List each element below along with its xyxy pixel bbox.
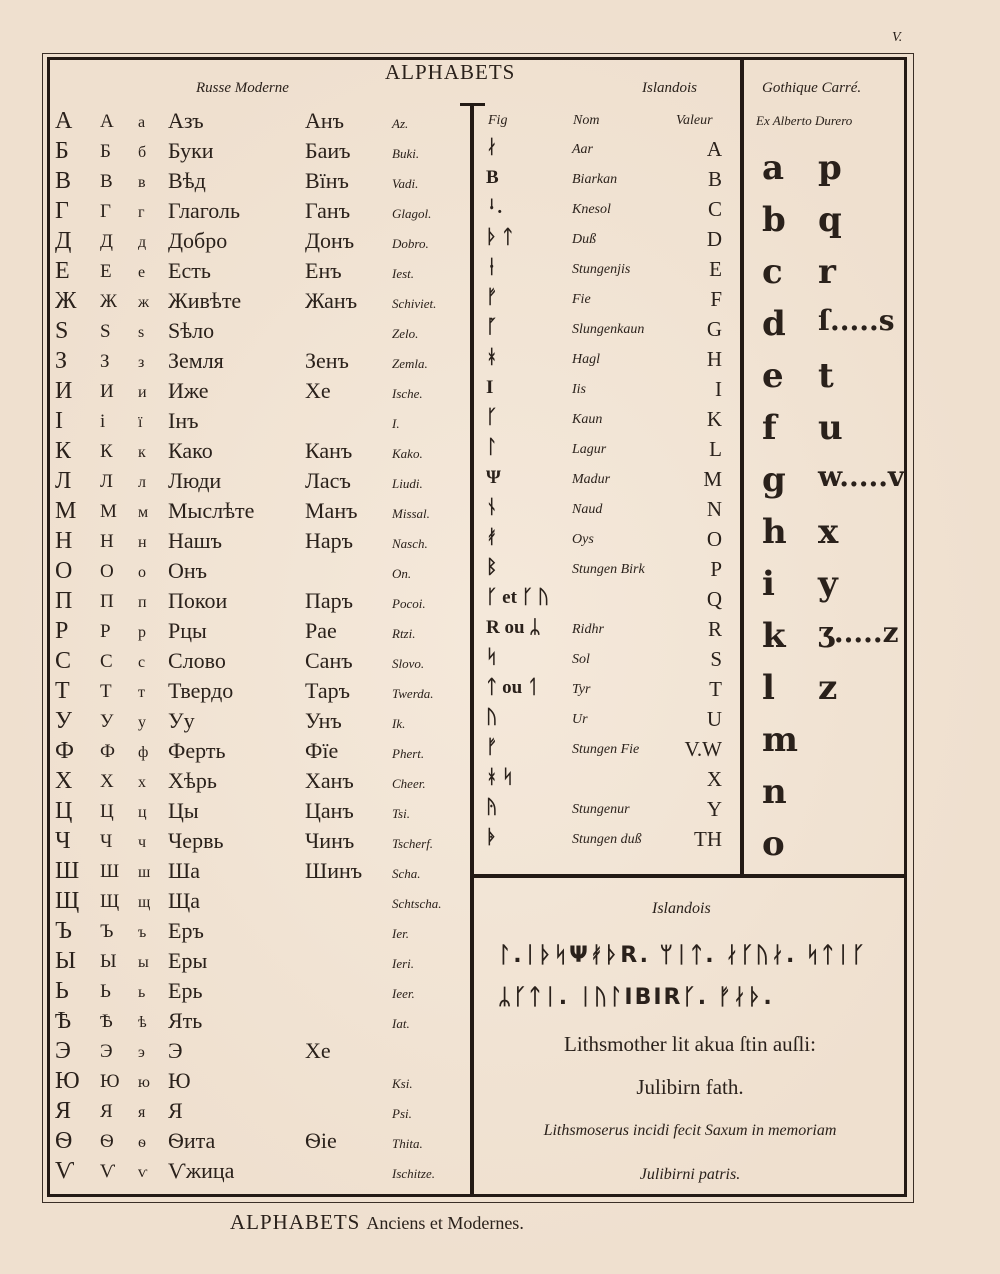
small-letter: ж bbox=[138, 294, 149, 312]
letter-name: Слово bbox=[168, 648, 226, 674]
letter-name: Ща bbox=[168, 888, 200, 914]
rune-figure: ᚢ bbox=[486, 707, 497, 729]
transliteration: Ieer. bbox=[392, 986, 415, 1002]
small-letter: к bbox=[138, 444, 146, 462]
rune-value: V.W bbox=[684, 737, 722, 762]
letter-name: Я bbox=[168, 1098, 183, 1124]
small-letter: у bbox=[138, 714, 146, 732]
russe-row: ЩЩщЩаSchtscha. bbox=[55, 888, 455, 918]
rune-name: Oys bbox=[572, 532, 594, 548]
letter-name: Есть bbox=[168, 258, 211, 284]
gothic-letter: d bbox=[762, 304, 786, 344]
gothic-letter: u bbox=[818, 408, 843, 448]
letter-name: Ерь bbox=[168, 978, 202, 1004]
letter-alt-name: Анъ bbox=[305, 108, 344, 134]
islandois-row: ᚴKaunK bbox=[486, 407, 736, 437]
transliteration: Thita. bbox=[392, 1136, 423, 1152]
islandois-row: ᚠStungen FieV.W bbox=[486, 737, 736, 767]
gothic-letter: e bbox=[762, 356, 784, 396]
small-letter: щ bbox=[138, 894, 150, 912]
rune-name: Fie bbox=[572, 292, 591, 308]
rune-figure: ᚠ bbox=[486, 287, 497, 309]
islandois-row: R ou ᛦRidhrR bbox=[486, 617, 736, 647]
rune-name: Stungen Fie bbox=[572, 742, 639, 758]
capital-letter: Ѳ bbox=[55, 1128, 72, 1155]
islandois-row: ᚵSlungenkaunG bbox=[486, 317, 736, 347]
medium-letter: Б bbox=[100, 141, 111, 163]
medium-letter: Ы bbox=[100, 951, 117, 973]
islandois-row: ᛒStungen BirkP bbox=[486, 557, 736, 587]
letter-name: Нашъ bbox=[168, 528, 222, 554]
rune-value: Y bbox=[707, 797, 722, 822]
russe-row: ИИиИжеХеIsche. bbox=[55, 378, 455, 408]
russe-row: УУуУуУнъIk. bbox=[55, 708, 455, 738]
russe-row: РРрРцыРаеRtzi. bbox=[55, 618, 455, 648]
rune-value: E bbox=[709, 257, 722, 282]
medium-letter: Р bbox=[100, 621, 111, 643]
letter-alt-name: Ганъ bbox=[305, 198, 350, 224]
gothic-letter: t bbox=[818, 356, 834, 396]
rune-name: Madur bbox=[572, 472, 610, 488]
transliteration: Ischitze. bbox=[392, 1166, 435, 1182]
small-letter: р bbox=[138, 624, 146, 642]
gothique-subheading: Ex Alberto Durero bbox=[756, 113, 852, 129]
transliteration: Zelo. bbox=[392, 326, 418, 342]
inscription-latin-2: Julibirn fath. bbox=[480, 1075, 900, 1100]
russe-row: ВВвВѣдВїнъVadi. bbox=[55, 168, 455, 198]
letter-alt-name: Ѳіе bbox=[305, 1128, 337, 1154]
medium-letter: Ж bbox=[100, 291, 117, 313]
rune-value: Q bbox=[707, 587, 722, 612]
rune-name: Kaun bbox=[572, 412, 602, 428]
rune-name: Sol bbox=[572, 652, 590, 668]
letter-name: Хѣрь bbox=[168, 768, 217, 794]
islandois-row: ᚽStungenjisE bbox=[486, 257, 736, 287]
small-letter: ы bbox=[138, 954, 149, 972]
rune-name: Stungen duß bbox=[572, 832, 642, 848]
russe-heading: Russe Moderne bbox=[196, 80, 289, 97]
gothic-letter: o bbox=[762, 824, 785, 864]
capital-letter: С bbox=[55, 648, 71, 675]
rune-value: D bbox=[707, 227, 722, 252]
divider-cap bbox=[460, 103, 485, 106]
rune-value: H bbox=[707, 347, 722, 372]
letter-name: Цы bbox=[168, 798, 199, 824]
transliteration: Ieri. bbox=[392, 956, 414, 972]
capital-letter: З bbox=[55, 348, 67, 375]
islandois-row: ᛋSolS bbox=[486, 647, 736, 677]
medium-letter: Д bbox=[100, 231, 113, 253]
medium-letter: Х bbox=[100, 771, 114, 793]
transliteration: Tsi. bbox=[392, 806, 410, 822]
letter-name: Буки bbox=[168, 138, 214, 164]
letter-name: Ѳита bbox=[168, 1128, 215, 1154]
transliteration: Iest. bbox=[392, 266, 414, 282]
medium-letter: Е bbox=[100, 261, 112, 283]
rune-figure: Ψ bbox=[486, 467, 501, 489]
islandois-header-valeur: Valeur bbox=[676, 113, 713, 129]
small-letter: е bbox=[138, 264, 145, 282]
rune-figure: B bbox=[486, 167, 499, 189]
rune-name: Hagl bbox=[572, 352, 600, 368]
transliteration: Pocoi. bbox=[392, 596, 426, 612]
capital-letter: И bbox=[55, 378, 72, 405]
islandois-row: ΨMadurM bbox=[486, 467, 736, 497]
capital-letter: Л bbox=[55, 468, 71, 495]
russe-row: ѴѴѵѴжицаIschitze. bbox=[55, 1158, 455, 1188]
letter-name: Мыслѣте bbox=[168, 498, 254, 524]
rune-value: F bbox=[710, 287, 722, 312]
russe-row: ЛЛлЛюдиЛасъLiudi. bbox=[55, 468, 455, 498]
plate-title: ALPHABETS bbox=[385, 60, 515, 85]
medium-letter: Н bbox=[100, 531, 114, 553]
small-letter: н bbox=[138, 534, 147, 552]
capital-letter: В bbox=[55, 168, 71, 195]
transliteration: Ik. bbox=[392, 716, 405, 732]
russe-row: ЕЕеЕстьЕнъIest. bbox=[55, 258, 455, 288]
letter-name: Азъ bbox=[168, 108, 204, 134]
rune-name: Lagur bbox=[572, 442, 606, 458]
capital-letter: Ѣ bbox=[55, 1008, 71, 1035]
letter-name: Добро bbox=[168, 228, 227, 254]
russe-row: ЪЪъЕръIer. bbox=[55, 918, 455, 948]
gothic-letter: f bbox=[762, 408, 777, 448]
capital-letter: Ѕ bbox=[55, 318, 68, 345]
islandois-row: ᚢUrU bbox=[486, 707, 736, 737]
rune-name: Naud bbox=[572, 502, 602, 518]
capital-letter: Ф bbox=[55, 738, 74, 765]
inscription-heading: Islandois bbox=[652, 900, 711, 918]
medium-letter: Ш bbox=[100, 861, 119, 883]
rune-figure: ᚤ bbox=[486, 797, 497, 819]
russe-row: ККкКакоКанъKako. bbox=[55, 438, 455, 468]
rune-figure: ᚾ bbox=[486, 497, 497, 519]
small-letter: ъ bbox=[138, 924, 146, 942]
russe-row: ГГгГлагольГанъGlagol. bbox=[55, 198, 455, 228]
small-letter: ю bbox=[138, 1074, 150, 1092]
rune-name: Tyr bbox=[572, 682, 590, 698]
transliteration: Liudi. bbox=[392, 476, 423, 492]
transliteration: Rtzi. bbox=[392, 626, 415, 642]
letter-name: Вѣд bbox=[168, 168, 206, 194]
medium-letter: К bbox=[100, 441, 113, 463]
letter-alt-name: Чинъ bbox=[305, 828, 354, 854]
russe-row: ННнНашъНаръNasch. bbox=[55, 528, 455, 558]
rune-name: Duß bbox=[572, 232, 596, 248]
letter-alt-name: Рае bbox=[305, 618, 337, 644]
rune-figure: ᚴ et ᚴ ᚢ bbox=[486, 587, 549, 609]
islandois-header-fig: Fig bbox=[488, 113, 507, 129]
gothique-heading: Gothique Carré. bbox=[762, 80, 861, 97]
gothic-letter: b bbox=[762, 200, 786, 240]
small-letter: ѵ bbox=[138, 1164, 147, 1182]
letter-alt-name: Жанъ bbox=[305, 288, 357, 314]
small-letter: ц bbox=[138, 804, 147, 822]
rune-figure: ᛅ bbox=[486, 137, 497, 159]
transliteration: Az. bbox=[392, 116, 408, 132]
gothic-letter: m bbox=[762, 720, 798, 760]
capital-letter: А bbox=[55, 108, 72, 135]
medium-letter: Г bbox=[100, 201, 111, 223]
transliteration: Tscherf. bbox=[392, 836, 433, 852]
medium-letter: Л bbox=[100, 471, 113, 493]
letter-alt-name: Вїнъ bbox=[305, 168, 349, 194]
russe-row: ЯЯяЯPsi. bbox=[55, 1098, 455, 1128]
capital-letter: Ю bbox=[55, 1068, 80, 1095]
letter-name: Твердо bbox=[168, 678, 233, 704]
letter-alt-name: Шинъ bbox=[305, 858, 362, 884]
islandois-row: ᛅAarA bbox=[486, 137, 736, 167]
islandois-row: BBiarkanB bbox=[486, 167, 736, 197]
medium-letter: і bbox=[100, 411, 105, 433]
letter-name: Ша bbox=[168, 858, 200, 884]
transliteration: Schtscha. bbox=[392, 896, 441, 912]
rune-figure: ᛋ bbox=[486, 647, 497, 669]
russe-row: ЭЭэЭХе bbox=[55, 1038, 455, 1068]
gothic-letter: ʒ.....z bbox=[818, 616, 899, 649]
letter-alt-name: Таръ bbox=[305, 678, 350, 704]
transliteration: Slovo. bbox=[392, 656, 424, 672]
letter-alt-name: Манъ bbox=[305, 498, 357, 524]
medium-letter: Ч bbox=[100, 831, 112, 853]
rune-figure: ᚧ bbox=[486, 827, 497, 849]
capital-letter: Ѵ bbox=[55, 1158, 75, 1185]
letter-name: Люди bbox=[168, 468, 221, 494]
rune-name: Biarkan bbox=[572, 172, 617, 188]
capital-letter: К bbox=[55, 438, 71, 465]
rune-name: Stungenjis bbox=[572, 262, 630, 278]
russe-row: ССсСловоСанъSlovo. bbox=[55, 648, 455, 678]
russe-row: ХХхХѣрьХанъCheer. bbox=[55, 768, 455, 798]
rune-name: Ridhr bbox=[572, 622, 604, 638]
capital-letter: Ы bbox=[55, 948, 76, 975]
transliteration: I. bbox=[392, 416, 400, 432]
islandois-row: ᚼ ᛋX bbox=[486, 767, 736, 797]
capital-letter: Ь bbox=[55, 978, 69, 1005]
letter-alt-name: Донъ bbox=[305, 228, 354, 254]
rune-line-1: ᛚ.ᛁᚦᛋΨᚯᚦR. ᛘᛁᛏ. ᛅᚴᚢᛅ. ᛋᛏᛁᚴ bbox=[498, 943, 867, 968]
russe-row: ЧЧчЧервьЧинъTscherf. bbox=[55, 828, 455, 858]
transliteration: Ier. bbox=[392, 926, 409, 942]
letter-name: Ѵжица bbox=[168, 1158, 234, 1184]
letter-alt-name: Хе bbox=[305, 1038, 331, 1064]
small-letter: и bbox=[138, 384, 147, 402]
rune-value: S bbox=[710, 647, 722, 672]
transliteration: Cheer. bbox=[392, 776, 426, 792]
rune-figure: ᚼ bbox=[486, 347, 497, 369]
letter-name: Еры bbox=[168, 948, 207, 974]
medium-letter: Щ bbox=[100, 891, 119, 913]
letter-alt-name: Ласъ bbox=[305, 468, 351, 494]
capital-letter: Р bbox=[55, 618, 68, 645]
transliteration: Iat. bbox=[392, 1016, 410, 1032]
transliteration: Dobro. bbox=[392, 236, 429, 252]
small-letter: э bbox=[138, 1044, 145, 1062]
rune-value: P bbox=[710, 557, 722, 582]
transliteration: Buki. bbox=[392, 146, 419, 162]
small-letter: ѕ bbox=[138, 324, 144, 342]
islandois-row: ᚯOysO bbox=[486, 527, 736, 557]
capital-letter: Б bbox=[55, 138, 69, 165]
gothic-letter: ſ.....s bbox=[818, 304, 895, 337]
rune-name: Slungenkaun bbox=[572, 322, 644, 338]
medium-letter: З bbox=[100, 351, 110, 373]
medium-letter: Ю bbox=[100, 1071, 120, 1093]
gothic-letter: w.....v bbox=[818, 460, 904, 493]
transliteration: Phert. bbox=[392, 746, 424, 762]
letter-name: Онъ bbox=[168, 558, 207, 584]
plate-caption: ALPHABETSAnciens et Modernes. bbox=[230, 1210, 524, 1235]
rune-value: A bbox=[707, 137, 722, 162]
rune-value: N bbox=[707, 497, 722, 522]
medium-letter: Ѳ bbox=[100, 1131, 114, 1153]
russe-row: ЗЗзЗемляЗенъZemla. bbox=[55, 348, 455, 378]
medium-letter: А bbox=[100, 111, 114, 133]
gothic-letter: h bbox=[762, 512, 787, 552]
small-letter: с bbox=[138, 654, 145, 672]
islandois-row: ᚧStungen dußTH bbox=[486, 827, 736, 857]
islandois-row: ᛚLagurL bbox=[486, 437, 736, 467]
russe-row: ММмМыслѣтеМанъMissal. bbox=[55, 498, 455, 528]
rune-value: R bbox=[708, 617, 722, 642]
rune-name: Aar bbox=[572, 142, 593, 158]
letter-name: Ю bbox=[168, 1068, 191, 1094]
letter-alt-name: Ханъ bbox=[305, 768, 354, 794]
small-letter: ш bbox=[138, 864, 150, 882]
rune-figure: ᚴ bbox=[486, 407, 497, 429]
capital-letter: Ц bbox=[55, 798, 72, 825]
letter-alt-name: Хе bbox=[305, 378, 331, 404]
medium-letter: Ѕ bbox=[100, 321, 111, 343]
inscription-translation-2: Julibirni patris. bbox=[480, 1166, 900, 1184]
transliteration: Glagol. bbox=[392, 206, 431, 222]
rune-name: Ur bbox=[572, 712, 588, 728]
rune-value: O bbox=[707, 527, 722, 552]
capital-letter: Д bbox=[55, 228, 71, 255]
letter-name: Иже bbox=[168, 378, 209, 404]
rune-value: C bbox=[708, 197, 722, 222]
letter-alt-name: Санъ bbox=[305, 648, 353, 674]
small-letter: х bbox=[138, 774, 146, 792]
islandois-row: ᛍ.KnesolC bbox=[486, 197, 736, 227]
letter-alt-name: Цанъ bbox=[305, 798, 354, 824]
russe-row: ДДдДоброДонъDobro. bbox=[55, 228, 455, 258]
letter-alt-name: Енъ bbox=[305, 258, 342, 284]
capital-letter: І bbox=[55, 408, 63, 435]
gothic-letter: l bbox=[762, 668, 775, 708]
inscription-translation-1: Lithsmoserus incidi fecit Saxum in memor… bbox=[480, 1122, 900, 1140]
rune-value: B bbox=[708, 167, 722, 192]
letter-alt-name: Паръ bbox=[305, 588, 353, 614]
capital-letter: Ш bbox=[55, 858, 79, 885]
small-letter: я bbox=[138, 1104, 145, 1122]
russe-row: ППпПокоиПаръPocoi. bbox=[55, 588, 455, 618]
rune-figure: ᚵ bbox=[486, 317, 497, 339]
letter-name: Покои bbox=[168, 588, 227, 614]
rune-value: K bbox=[707, 407, 722, 432]
rune-line-2: ᛦᚴᛏᛁ. ᛁᚢᛚIBIRᚴ. ᚠᛅᚦ. bbox=[498, 985, 774, 1010]
letter-name: Інъ bbox=[168, 408, 198, 434]
capital-letter: Г bbox=[55, 198, 69, 225]
gothic-letter: k bbox=[762, 616, 786, 656]
rune-value: L bbox=[709, 437, 722, 462]
islandois-row: ᚠFieF bbox=[486, 287, 736, 317]
medium-letter: Э bbox=[100, 1041, 113, 1063]
russe-row: ФФфФертьФїеPhert. bbox=[55, 738, 455, 768]
small-letter: ь bbox=[138, 984, 145, 1002]
islandois-header-nom: Nom bbox=[573, 113, 599, 129]
russe-row: ЦЦцЦыЦанъTsi. bbox=[55, 798, 455, 828]
letter-alt-name: Унъ bbox=[305, 708, 342, 734]
small-letter: а bbox=[138, 114, 145, 132]
gothic-letter: q bbox=[818, 200, 842, 240]
medium-letter: Ѵ bbox=[100, 1161, 115, 1183]
russe-row: ІіїІнъI. bbox=[55, 408, 455, 438]
russe-row: ТТтТвердоТаръTwerda. bbox=[55, 678, 455, 708]
transliteration: Missal. bbox=[392, 506, 430, 522]
capital-letter: Ж bbox=[55, 288, 77, 315]
column-divider-islandois-gothique bbox=[740, 57, 744, 877]
letter-alt-name: Наръ bbox=[305, 528, 353, 554]
caption-main: ALPHABETS bbox=[230, 1210, 360, 1234]
gothic-letter: z bbox=[818, 668, 837, 708]
islandois-heading: Islandois bbox=[642, 80, 697, 97]
inscription-latin-1: Lithsmother lit akua ſtin auſli: bbox=[480, 1032, 900, 1057]
russe-row: ЫЫыЕрыIeri. bbox=[55, 948, 455, 978]
rune-name: Knesol bbox=[572, 202, 611, 218]
plate-number: V. bbox=[892, 30, 902, 46]
russe-row: ААаАзъАнъAz. bbox=[55, 108, 455, 138]
gothic-letter: i bbox=[762, 564, 775, 604]
small-letter: т bbox=[138, 684, 145, 702]
islandois-row: ᚾNaudN bbox=[486, 497, 736, 527]
letter-name: Ѕѣло bbox=[168, 318, 214, 344]
medium-letter: У bbox=[100, 711, 113, 733]
small-letter: в bbox=[138, 174, 146, 192]
small-letter: ѣ bbox=[138, 1014, 147, 1032]
letter-alt-name: Канъ bbox=[305, 438, 352, 464]
capital-letter: У bbox=[55, 708, 72, 735]
medium-letter: Ь bbox=[100, 981, 111, 1003]
russe-row: ШШшШаШинъScha. bbox=[55, 858, 455, 888]
small-letter: д bbox=[138, 234, 146, 252]
transliteration: Vadi. bbox=[392, 176, 418, 192]
transliteration: Ische. bbox=[392, 386, 423, 402]
russe-row: ѢѢѣЯтьIat. bbox=[55, 1008, 455, 1038]
small-letter: ѳ bbox=[138, 1134, 146, 1152]
transliteration: Kako. bbox=[392, 446, 423, 462]
medium-letter: Ѣ bbox=[100, 1011, 113, 1033]
capital-letter: Е bbox=[55, 258, 70, 285]
transliteration: Schiviet. bbox=[392, 296, 436, 312]
medium-letter: В bbox=[100, 171, 113, 193]
rune-figure: ᛏ ou ᛐ bbox=[486, 677, 538, 699]
rune-figure: ᚯ bbox=[486, 527, 497, 549]
rune-value: M bbox=[703, 467, 722, 492]
column-divider-russe-islandois bbox=[470, 104, 474, 1197]
russe-row: ООоОнъOn. bbox=[55, 558, 455, 588]
rune-figure: ᚼ ᛋ bbox=[486, 767, 514, 789]
small-letter: ф bbox=[138, 744, 148, 762]
caption-sub: Anciens et Modernes. bbox=[366, 1213, 523, 1233]
letter-name: Живѣте bbox=[168, 288, 241, 314]
letter-name: Червь bbox=[168, 828, 223, 854]
medium-letter: О bbox=[100, 561, 114, 583]
medium-letter: Т bbox=[100, 681, 112, 703]
islandois-row: ᚴ et ᚴ ᚢQ bbox=[486, 587, 736, 617]
capital-letter: Х bbox=[55, 768, 72, 795]
letter-name: Ферть bbox=[168, 738, 226, 764]
